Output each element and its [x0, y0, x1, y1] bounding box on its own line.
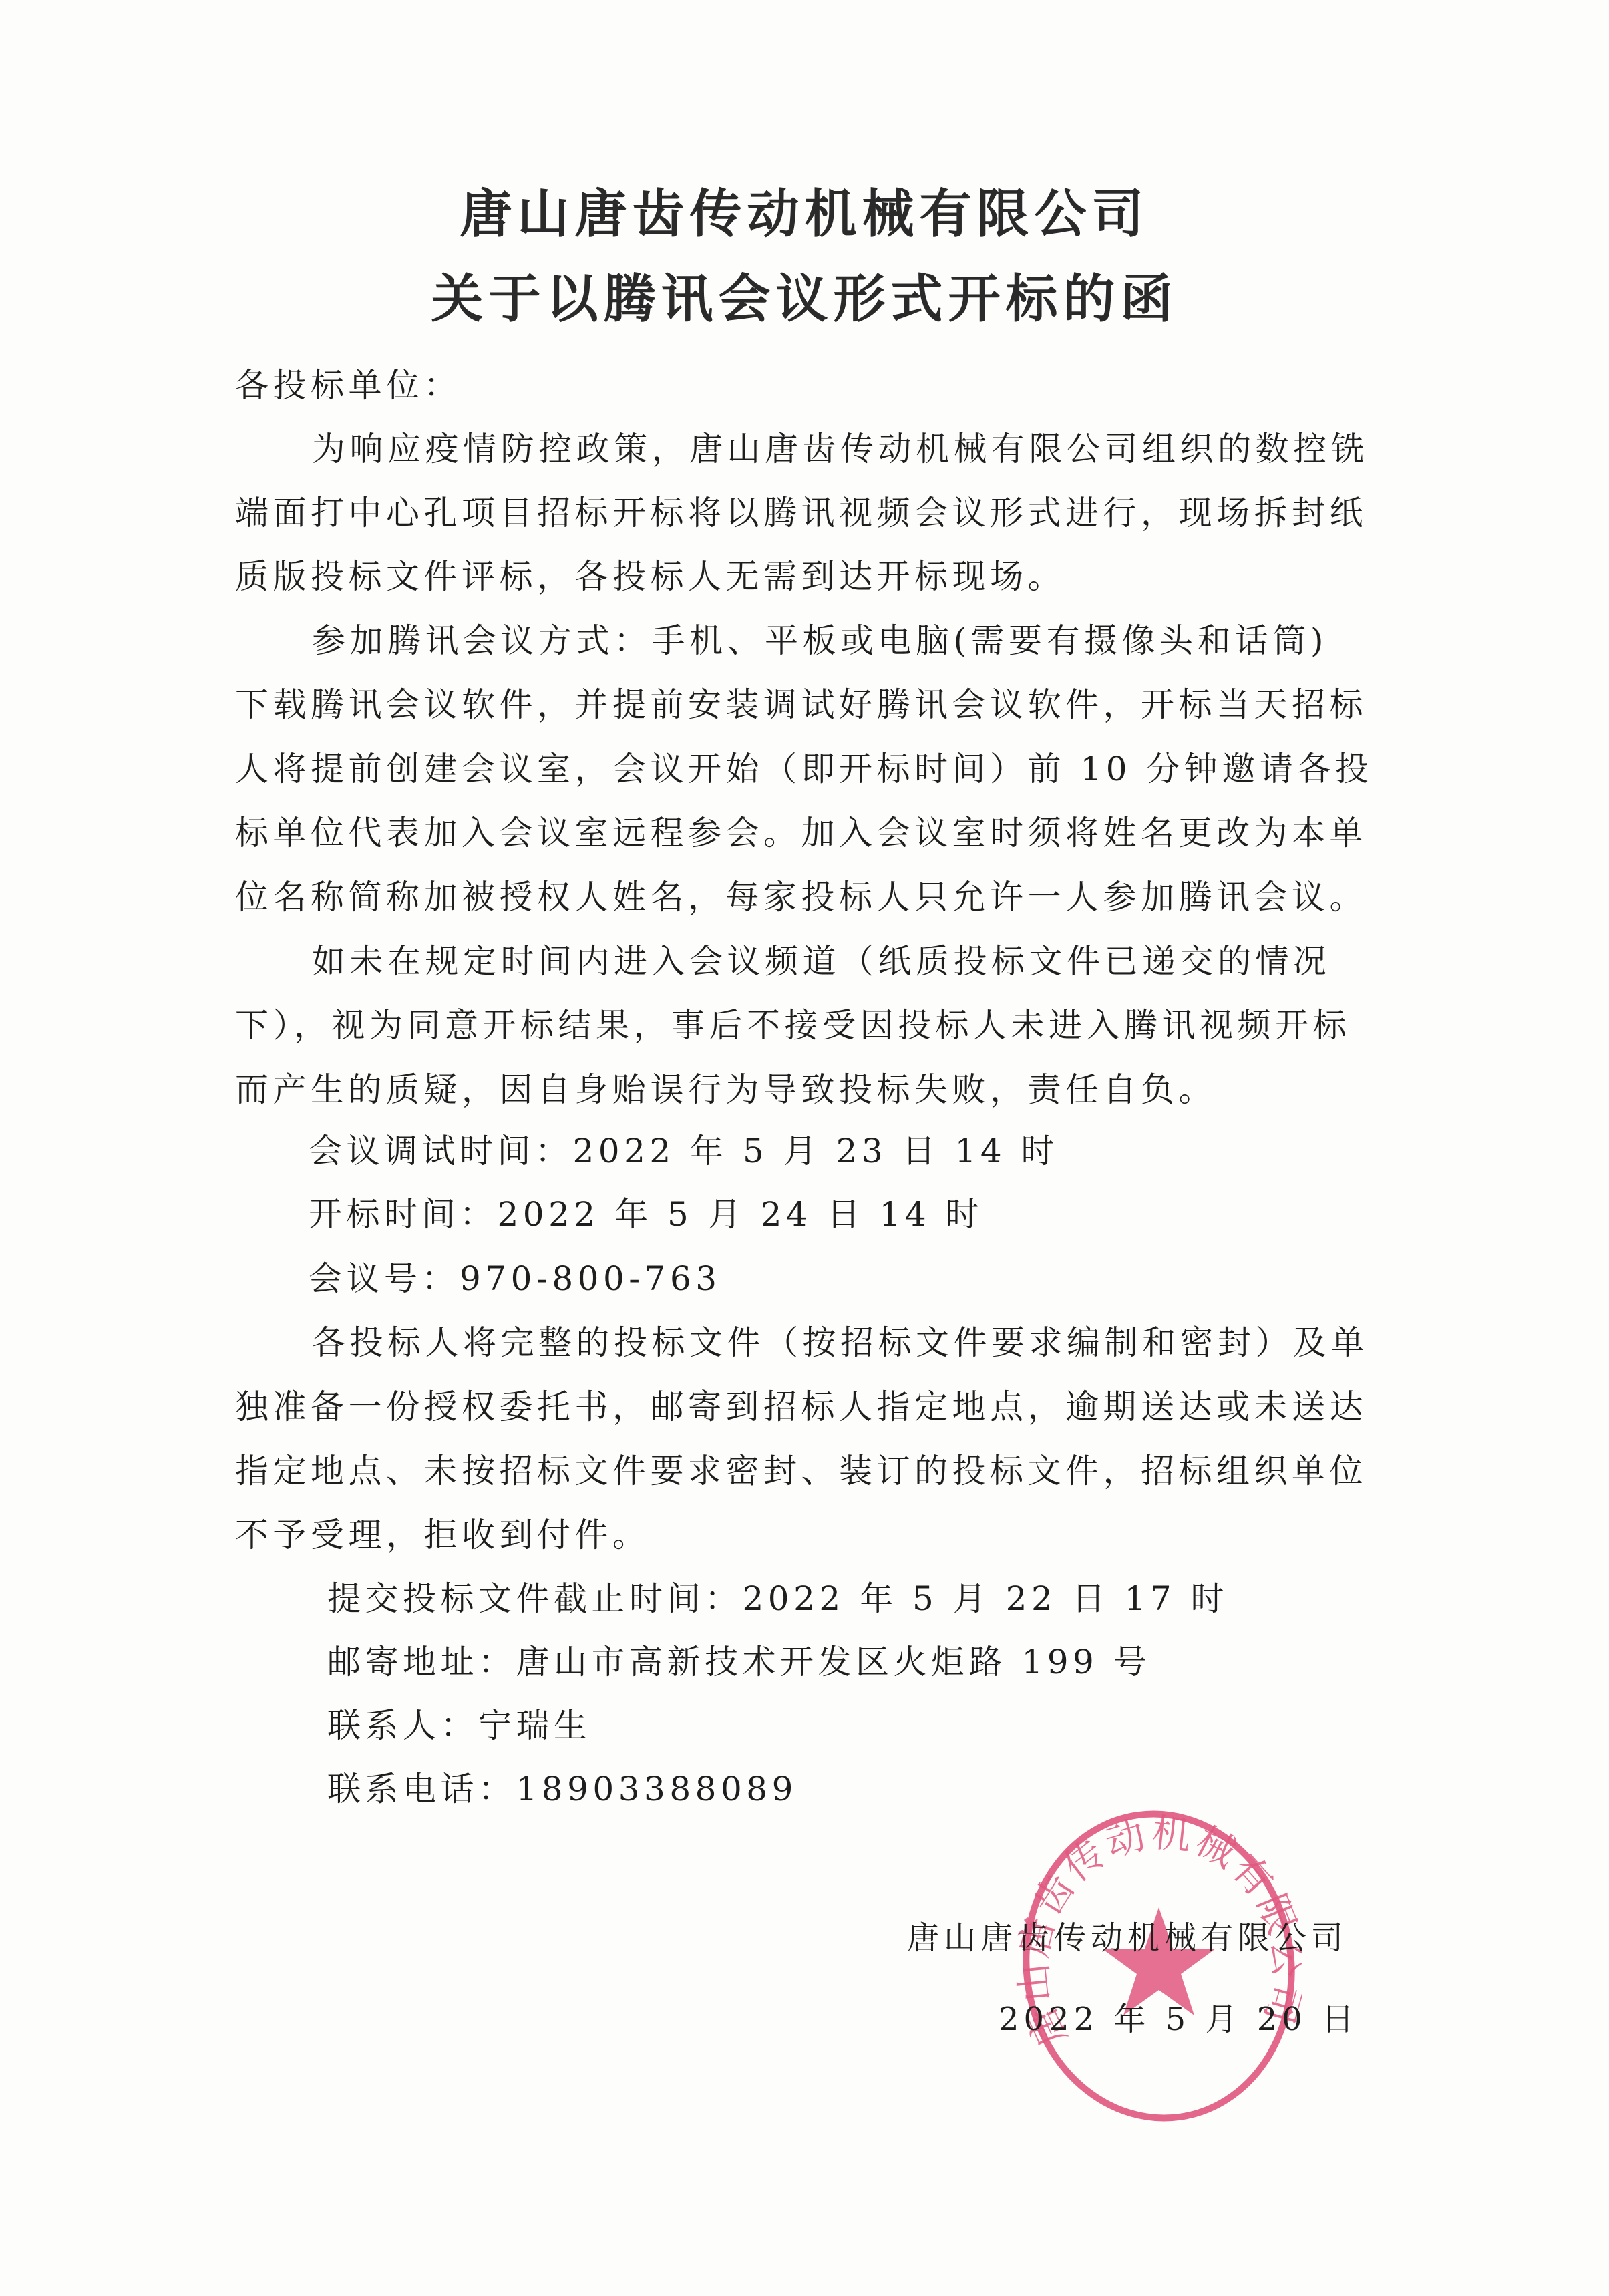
paragraph-3-line: 下），视为同意开标结果，事后不接受因投标人未进入腾讯视频开标: [235, 1002, 1351, 1049]
signature-date: 2022 年 5 月 20 日: [999, 1996, 1359, 2043]
paragraph-1-line: 为响应疫情防控政策，唐山唐齿传动机械有限公司组织的数控铣: [312, 426, 1369, 472]
contact-phone: 联系电话：18903388089: [327, 1766, 797, 1812]
letter-page: 唐山唐齿传动机械有限公司 关于以腾讯会议形式开标的函 各投标单位： 为响应疫情防…: [0, 0, 1609, 2296]
submission-deadline: 提交投标文件截止时间：2022 年 5 月 22 日 17 时: [327, 1575, 1228, 1622]
salutation: 各投标单位：: [235, 362, 462, 409]
meeting-number: 会议号：970-800-763: [309, 1255, 721, 1302]
signature-company: 唐山唐齿传动机械有限公司: [907, 1915, 1348, 1961]
paragraph-2-line: 人将提前创建会议室，会议开始（即开标时间）前 10 分钟邀请各投: [235, 746, 1373, 792]
meeting-test-time: 会议调试时间：2022 年 5 月 23 日 14 时: [309, 1128, 1059, 1174]
official-seal: 唐山唐齿传动机械有限公司: [1015, 1807, 1302, 2128]
paragraph-1-line: 质版投标文件评标，各投标人无需到达开标现场。: [235, 553, 1065, 600]
title-line-2: 关于以腾讯会议形式开标的函: [0, 269, 1609, 329]
title-line-1: 唐山唐齿传动机械有限公司: [0, 184, 1609, 244]
submission-line: 不予受理，拒收到付件。: [235, 1512, 651, 1559]
mailing-address: 邮寄地址：唐山市高新技术开发区火炬路 199 号: [327, 1639, 1151, 1685]
paragraph-3-line: 而产生的质疑，因自身贻误行为导致投标失败，责任自负。: [235, 1066, 1216, 1113]
paragraph-2-line: 标单位代表加入会议室远程参会。加入会议室时须将姓名更改为本单: [235, 810, 1367, 856]
submission-line: 指定地点、未按招标文件要求密封、装订的投标文件，招标组织单位: [235, 1448, 1367, 1494]
paragraph-3-line: 如未在规定时间内进入会议频道（纸质投标文件已递交的情况: [312, 938, 1331, 985]
paragraph-2-line: 参加腾讯会议方式：手机、平板或电脑(需要有摄像头和话筒): [312, 617, 1328, 664]
bid-opening-time: 开标时间：2022 年 5 月 24 日 14 时: [309, 1191, 983, 1238]
paragraph-2-line: 下载腾讯会议软件，并提前安装调试好腾讯会议软件，开标当天招标: [235, 681, 1367, 728]
paragraph-1-line: 端面打中心孔项目招标开标将以腾讯视频会议形式进行，现场拆封纸: [235, 490, 1367, 536]
contact-person: 联系人：宁瑞生: [327, 1702, 592, 1749]
paragraph-2-line: 位名称简称加被授权人姓名，每家投标人只允许一人参加腾讯会议。: [235, 874, 1367, 921]
submission-line: 独准备一份授权委托书，邮寄到招标人指定地点，逾期送达或未送达: [235, 1383, 1367, 1430]
submission-line: 各投标人将完整的投标文件（按招标文件要求编制和密封）及单: [312, 1319, 1369, 1366]
